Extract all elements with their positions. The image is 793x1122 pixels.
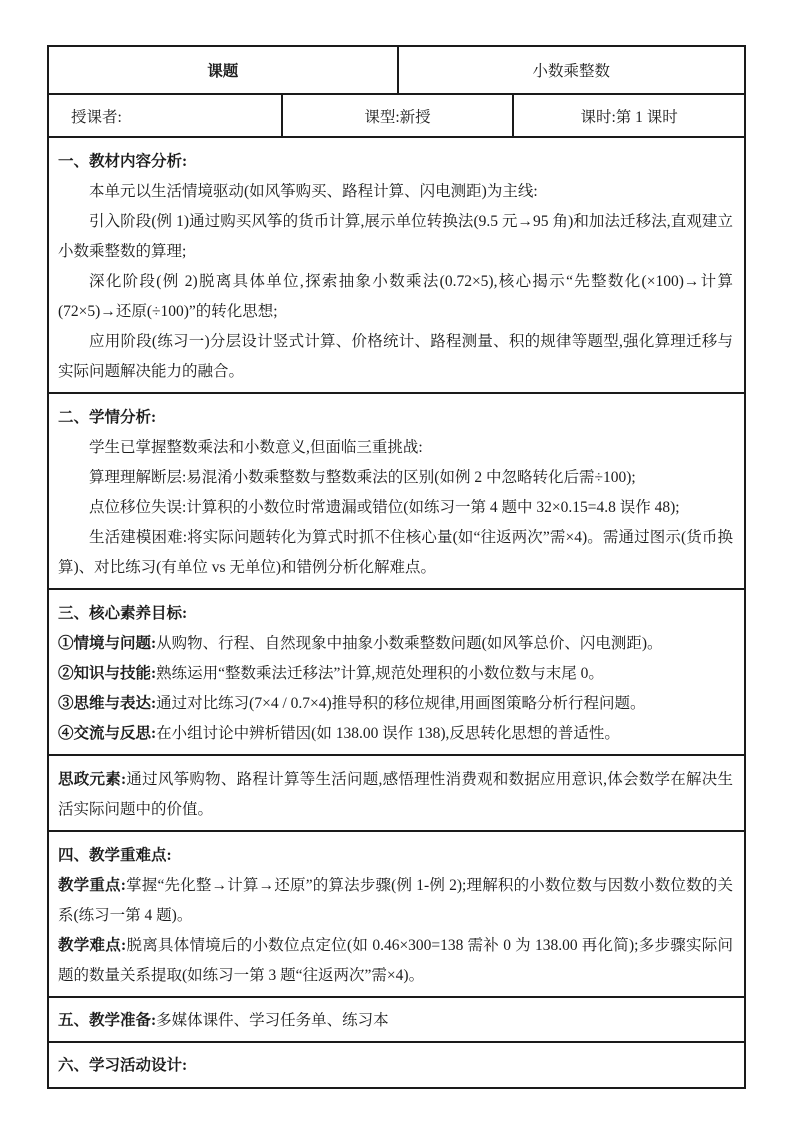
material-analysis-heading: 一、教材内容分析: bbox=[58, 147, 733, 177]
preparation-lead: 五、教学准备: bbox=[58, 1012, 156, 1029]
goal-item-lead: ②知识与技能: bbox=[58, 665, 156, 682]
ideology-row: 思政元素:通过风筝购物、路程计算等生活问题,感悟理性消费观和数据应用意识,体会数… bbox=[49, 754, 744, 830]
core-goals-row: 三、核心素养目标: ①情境与问题:从购物、行程、自然现象中抽象小数乘整数问题(如… bbox=[49, 588, 744, 754]
core-goals-heading: 三、核心素养目标: bbox=[58, 599, 733, 629]
material-paragraph: 本单元以生活情境驱动(如风筝购买、路程计算、闪电测距)为主线: bbox=[58, 177, 733, 207]
goal-item-text: 通过对比练习(7×4 / 0.7×4)推导积的移位规律,用画图策略分析行程问题。 bbox=[156, 695, 645, 712]
lesson-plan-table: 课题 小数乘整数 授课者: 课型:新授 课时:第 1 课时 一、教材内容分析: … bbox=[47, 45, 746, 1089]
learner-analysis-section: 二、学情分析: 学生已掌握整数乘法和小数意义,但面临三重挑战: 算理理解断层:易… bbox=[49, 394, 744, 588]
ideology-lead: 思政元素: bbox=[58, 771, 126, 788]
learner-paragraph: 算理理解断层:易混淆小数乘整数与整数乘法的区别(如例 2 中忽略转化后需÷100… bbox=[58, 463, 733, 493]
learner-paragraph: 点位移位失误:计算积的小数位时常遗漏或错位(如练习一第 4 题中 32×0.15… bbox=[58, 493, 733, 523]
keypoints-row: 四、教学重难点: 教学重点:掌握“先化整→计算→还原”的算法步骤(例 1-例 2… bbox=[49, 830, 744, 996]
learner-paragraph: 学生已掌握整数乘法和小数意义,但面临三重挑战: bbox=[58, 433, 733, 463]
info-row: 授课者: 课型:新授 课时:第 1 课时 bbox=[49, 93, 744, 136]
keypoints-section: 四、教学重难点: 教学重点:掌握“先化整→计算→还原”的算法步骤(例 1-例 2… bbox=[49, 832, 744, 996]
lesson-plan-page: 课题 小数乘整数 授课者: 课型:新授 课时:第 1 课时 一、教材内容分析: … bbox=[0, 0, 793, 1122]
ideology-section: 思政元素:通过风筝购物、路程计算等生活问题,感悟理性消费观和数据应用意识,体会数… bbox=[49, 756, 744, 830]
goal-item-lead: ④交流与反思: bbox=[58, 725, 156, 742]
goal-item: ④交流与反思:在小组讨论中辨析错因(如 138.00 误作 138),反思转化思… bbox=[58, 719, 733, 749]
preparation-text: 多媒体课件、学习任务单、练习本 bbox=[156, 1012, 389, 1029]
activity-design-heading: 六、学习活动设计: bbox=[58, 1051, 733, 1081]
goal-item: ②知识与技能:熟练运用“整数乘法迁移法”计算,规范处理积的小数位数与末尾 0。 bbox=[58, 659, 733, 689]
topic-value-cell: 小数乘整数 bbox=[397, 47, 745, 93]
goal-item-text: 在小组讨论中辨析错因(如 138.00 误作 138),反思转化思想的普适性。 bbox=[156, 725, 620, 742]
goal-item: ①情境与问题:从购物、行程、自然现象中抽象小数乘整数问题(如风筝总价、闪电测距)… bbox=[58, 629, 733, 659]
keypoint-lead: 教学难点: bbox=[58, 937, 126, 954]
keypoint-lead: 教学重点: bbox=[58, 877, 126, 894]
activity-design-section: 六、学习活动设计: bbox=[49, 1043, 744, 1087]
keypoint-text: 脱离具体情境后的小数位点定位(如 0.46×300=138 需补 0 为 138… bbox=[58, 937, 733, 984]
topic-row: 课题 小数乘整数 bbox=[49, 47, 744, 93]
learner-paragraph: 生活建模困难:将实际问题转化为算式时抓不住核心量(如“往返两次”需×4)。需通过… bbox=[58, 523, 733, 583]
goal-item-lead: ①情境与问题: bbox=[58, 635, 156, 652]
goal-item-text: 熟练运用“整数乘法迁移法”计算,规范处理积的小数位数与末尾 0。 bbox=[156, 665, 604, 682]
keypoint-item: 教学难点:脱离具体情境后的小数位点定位(如 0.46×300=138 需补 0 … bbox=[58, 931, 733, 991]
ideology-text: 通过风筝购物、路程计算等生活问题,感悟理性消费观和数据应用意识,体会数学在解决生… bbox=[58, 771, 733, 818]
course-type-cell: 课型:新授 bbox=[281, 95, 513, 136]
ideology-paragraph: 思政元素:通过风筝购物、路程计算等生活问题,感悟理性消费观和数据应用意识,体会数… bbox=[58, 765, 733, 825]
preparation-row: 五、教学准备:多媒体课件、学习任务单、练习本 bbox=[49, 996, 744, 1041]
activity-design-row: 六、学习活动设计: bbox=[49, 1041, 744, 1087]
topic-label-cell: 课题 bbox=[49, 47, 397, 93]
keypoint-text: 掌握“先化整→计算→还原”的算法步骤(例 1-例 2);理解积的小数位数与因数小… bbox=[58, 877, 733, 924]
goal-item-lead: ③思维与表达: bbox=[58, 695, 156, 712]
material-paragraph: 深化阶段(例 2)脱离具体单位,探索抽象小数乘法(0.72×5),核心揭示“先整… bbox=[58, 267, 733, 327]
keypoint-item: 教学重点:掌握“先化整→计算→还原”的算法步骤(例 1-例 2);理解积的小数位… bbox=[58, 871, 733, 931]
goal-item-text: 从购物、行程、自然现象中抽象小数乘整数问题(如风筝总价、闪电测距)。 bbox=[156, 635, 662, 652]
learner-analysis-row: 二、学情分析: 学生已掌握整数乘法和小数意义,但面临三重挑战: 算理理解断层:易… bbox=[49, 392, 744, 588]
preparation-section: 五、教学准备:多媒体课件、学习任务单、练习本 bbox=[49, 998, 744, 1041]
goal-item: ③思维与表达:通过对比练习(7×4 / 0.7×4)推导积的移位规律,用画图策略… bbox=[58, 689, 733, 719]
learner-analysis-heading: 二、学情分析: bbox=[58, 403, 733, 433]
material-analysis-section: 一、教材内容分析: 本单元以生活情境驱动(如风筝购买、路程计算、闪电测距)为主线… bbox=[49, 138, 744, 392]
material-paragraph: 引入阶段(例 1)通过购买风筝的货币计算,展示单位转换法(9.5 元→95 角)… bbox=[58, 207, 733, 267]
preparation-paragraph: 五、教学准备:多媒体课件、学习任务单、练习本 bbox=[58, 1006, 733, 1036]
teacher-cell: 授课者: bbox=[49, 95, 281, 136]
core-goals-section: 三、核心素养目标: ①情境与问题:从购物、行程、自然现象中抽象小数乘整数问题(如… bbox=[49, 590, 744, 754]
keypoints-heading: 四、教学重难点: bbox=[58, 841, 733, 871]
session-cell: 课时:第 1 课时 bbox=[512, 95, 744, 136]
material-analysis-row: 一、教材内容分析: 本单元以生活情境驱动(如风筝购买、路程计算、闪电测距)为主线… bbox=[49, 136, 744, 392]
material-paragraph: 应用阶段(练习一)分层设计竖式计算、价格统计、路程测量、积的规律等题型,强化算理… bbox=[58, 327, 733, 387]
